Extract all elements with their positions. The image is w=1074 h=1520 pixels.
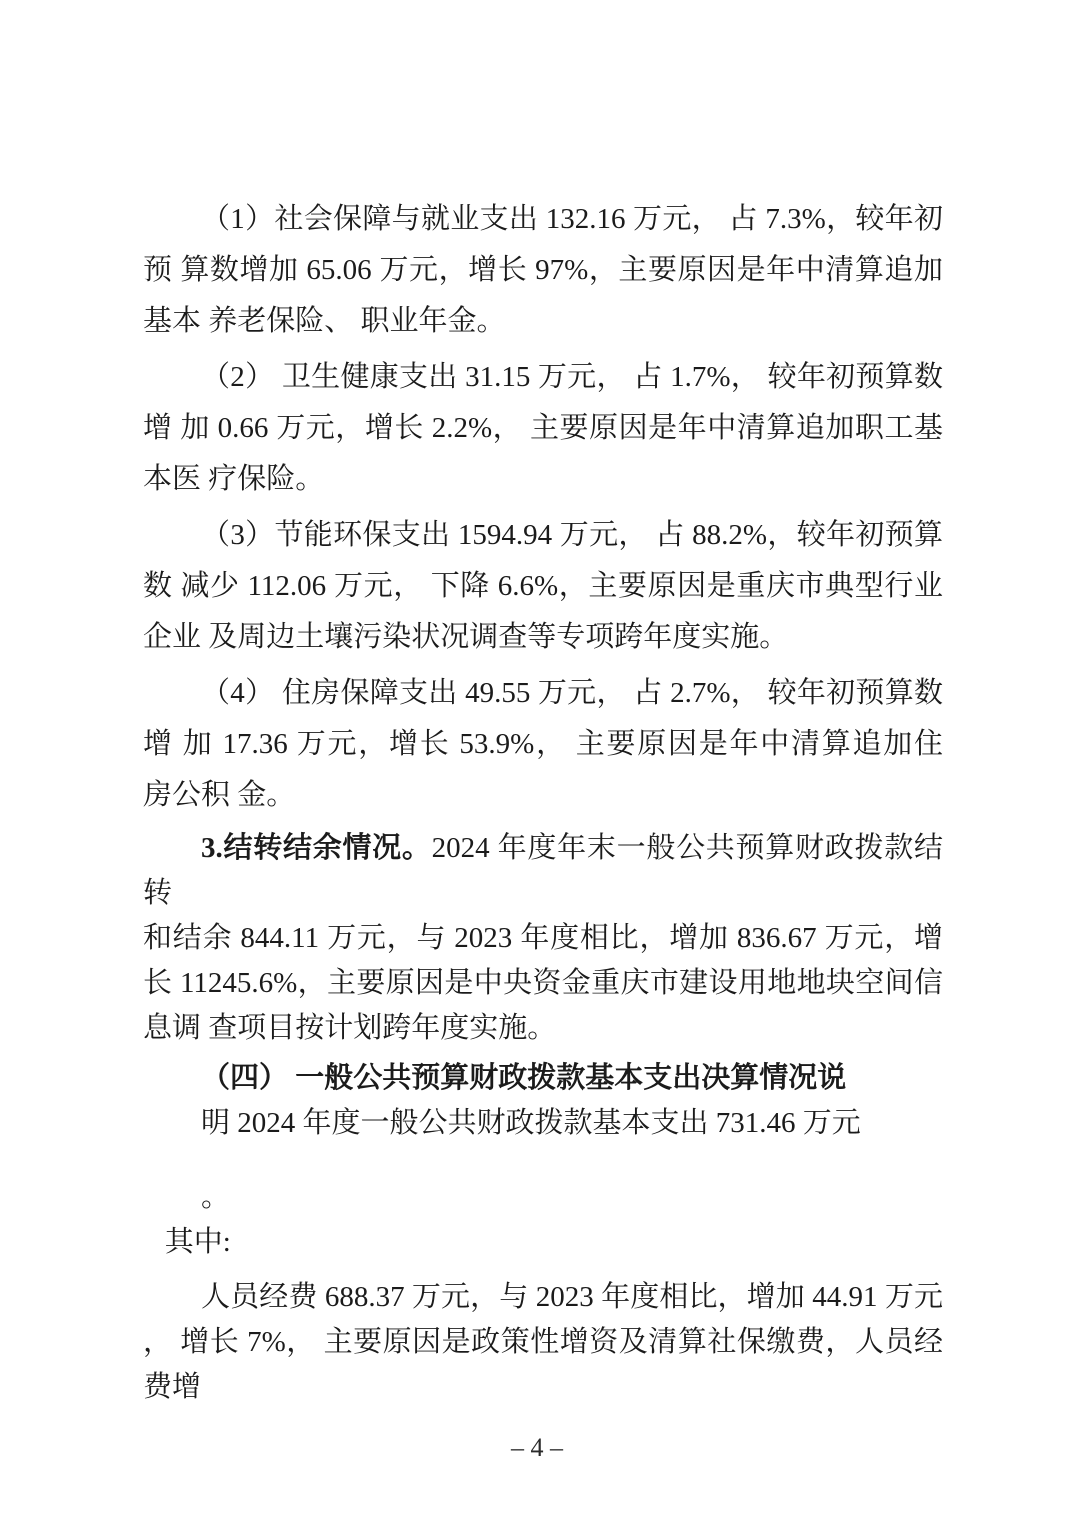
paragraph-personnel-funds: 人员经费 688.37 万元，与 2023 年度相比，增加 44.91 万元 ，… — [143, 1275, 943, 1410]
among-which-label: 其中: — [143, 1220, 943, 1265]
para-6-line-3: 费增 — [143, 1365, 943, 1410]
carryover-bold-lead: 3.结转结余情况。 — [201, 832, 432, 864]
paragraph-social-security: （1）社会保障与就业支出 132.16 万元， 占 7.3%，较年初 预 算数增… — [143, 194, 943, 347]
para-5-line-3: 长 11245.6%，主要原因是中央资金重庆市建设用地地块空间信 — [143, 961, 943, 1006]
paragraph-health: （2） 卫生健康支出 31.15 万元， 占 1.7%， 较年初预算数 增 加 … — [143, 352, 943, 505]
para-2-line-2: 增 加 0.66 万元，增长 2.2%， 主要原因是年中清算追加职工基 — [143, 403, 943, 454]
para-6-line-2: ， 增长 7%， 主要原因是政策性增资及清算社保缴费，人员经 — [143, 1320, 943, 1365]
heading-4-line-1: （四） 一般公共预算财政拨款基本支出决算情况说 — [143, 1056, 943, 1101]
among-which-line: 其中: — [143, 1220, 943, 1265]
para-4-line-2: 增 加 17.36 万元，增长 53.9%， 主要原因是年中清算追加住 — [143, 719, 943, 770]
para-6-line-1: 人员经费 688.37 万元，与 2023 年度相比，增加 44.91 万元 — [143, 1275, 943, 1320]
para-3-line-3: 企业 及周边土壤污染状况调查等专项跨年度实施。 — [143, 612, 943, 663]
para-4-line-3: 房公积 金。 — [143, 770, 943, 821]
para-1-line-2: 预 算数增加 65.06 万元，增长 97%，主要原因是年中清算追加 — [143, 245, 943, 296]
para-5-line-1: 3.结转结余情况。2024 年度年末一般公共预算财政拨款结转 — [143, 826, 943, 916]
para-2-line-1: （2） 卫生健康支出 31.15 万元， 占 1.7%， 较年初预算数 — [143, 352, 943, 403]
page-number: – 4 – — [0, 1433, 1074, 1463]
paragraph-housing: （4） 住房保障支出 49.55 万元， 占 2.7%， 较年初预算数 增 加 … — [143, 668, 943, 821]
para-1-line-3: 基本 养老保险、 职业年金。 — [143, 296, 943, 347]
para-5-line-4: 息调 查项目按计划跨年度实施。 — [143, 1006, 943, 1051]
heading-4-line-2: 明 2024 年度一般公共财政拨款基本支出 731.46 万元 — [143, 1101, 943, 1146]
orphan-period-line: 。 — [143, 1175, 943, 1220]
para-2-line-3: 本医 疗保险。 — [143, 454, 943, 505]
para-3-line-1: （3）节能环保支出 1594.94 万元， 占 88.2%，较年初预算 — [143, 510, 943, 561]
document-body: （1）社会保障与就业支出 132.16 万元， 占 7.3%，较年初 预 算数增… — [143, 194, 943, 1410]
paragraph-energy-environment: （3）节能环保支出 1594.94 万元， 占 88.2%，较年初预算 数 减少… — [143, 510, 943, 663]
section-heading-4: （四） 一般公共预算财政拨款基本支出决算情况说 明 2024 年度一般公共财政拨… — [143, 1056, 943, 1146]
para-1-line-1: （1）社会保障与就业支出 132.16 万元， 占 7.3%，较年初 — [143, 194, 943, 245]
paragraph-carryover: 3.结转结余情况。2024 年度年末一般公共预算财政拨款结转 和结余 844.1… — [143, 826, 943, 1051]
para-5-line-2: 和结余 844.11 万元，与 2023 年度相比，增加 836.67 万元，增 — [143, 916, 943, 961]
para-3-line-2: 数 减少 112.06 万元， 下降 6.6%，主要原因是重庆市典型行业 — [143, 561, 943, 612]
para-4-line-1: （4） 住房保障支出 49.55 万元， 占 2.7%， 较年初预算数 — [143, 668, 943, 719]
period-glyph: 。 — [143, 1175, 943, 1220]
document-page: （1）社会保障与就业支出 132.16 万元， 占 7.3%，较年初 预 算数增… — [0, 0, 1074, 1520]
